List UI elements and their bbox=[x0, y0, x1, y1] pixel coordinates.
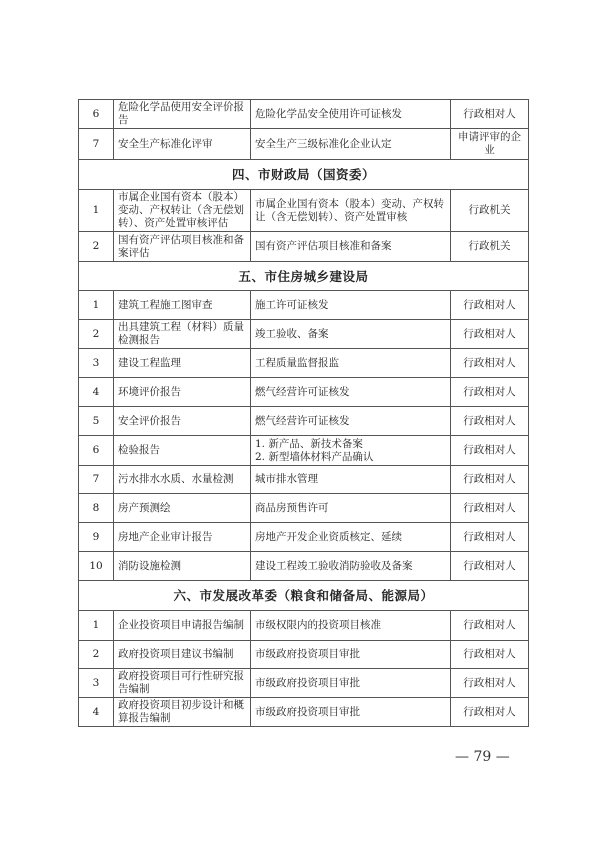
service-item: 政府投资项目初步设计和概算报告编制 bbox=[114, 698, 251, 727]
approval-matter: 市级政府投资项目审批 bbox=[251, 669, 451, 698]
approval-matter: 危险化学品安全使用许可证核发 bbox=[251, 100, 451, 129]
table-row: 1企业投资项目申请报告编制市级权限内的投资项目核准行政相对人 bbox=[79, 611, 529, 641]
service-item: 企业投资项目申请报告编制 bbox=[114, 611, 251, 641]
service-target: 行政相对人 bbox=[451, 100, 529, 129]
service-item: 房产预测绘 bbox=[114, 494, 251, 523]
service-target: 行政相对人 bbox=[451, 320, 529, 349]
service-target: 申请评审的企业 bbox=[451, 129, 529, 160]
section-header-row: 五、市住房城乡建设局 bbox=[79, 262, 529, 291]
service-item: 消防设施检测 bbox=[114, 552, 251, 581]
row-number: 4 bbox=[79, 378, 114, 407]
service-item: 污水排水水质、水量检测 bbox=[114, 466, 251, 494]
service-target: 行政相对人 bbox=[451, 698, 529, 727]
approval-matter: 竣工验收、备案 bbox=[251, 320, 451, 349]
table-row: 3政府投资项目可行性研究报告编制市级政府投资项目审批行政相对人 bbox=[79, 669, 529, 698]
approval-matter: 建设工程竣工验收消防验收及备案 bbox=[251, 552, 451, 581]
approval-matter: 市级政府投资项目审批 bbox=[251, 641, 451, 669]
row-number: 2 bbox=[79, 641, 114, 669]
service-target: 行政相对人 bbox=[451, 466, 529, 494]
approval-matter: 1. 新产品、新技术备案 2. 新型墙体材料产品确认 bbox=[251, 436, 451, 466]
row-number: 10 bbox=[79, 552, 114, 581]
table-row: 6危险化学品使用安全评价报告危险化学品安全使用许可证核发行政相对人 bbox=[79, 100, 529, 129]
service-target: 行政相对人 bbox=[451, 552, 529, 581]
service-target: 行政相对人 bbox=[451, 291, 529, 320]
service-target: 行政相对人 bbox=[451, 611, 529, 641]
service-target: 行政相对人 bbox=[451, 407, 529, 436]
row-number: 1 bbox=[79, 190, 114, 232]
table-row: 9房地产企业审计报告房地产开发企业资质核定、延续行政相对人 bbox=[79, 523, 529, 552]
service-item: 国有资产评估项目核准和备案评估 bbox=[114, 232, 251, 262]
row-number: 6 bbox=[79, 436, 114, 466]
row-number: 4 bbox=[79, 698, 114, 727]
approval-matter: 工程质量监督报监 bbox=[251, 349, 451, 378]
service-item: 危险化学品使用安全评价报告 bbox=[114, 100, 251, 129]
service-item: 安全评价报告 bbox=[114, 407, 251, 436]
section-title: 四、市财政局（国资委） bbox=[79, 160, 529, 190]
row-number: 3 bbox=[79, 349, 114, 378]
service-target: 行政相对人 bbox=[451, 641, 529, 669]
service-item: 出具建筑工程（材料）质量检测报告 bbox=[114, 320, 251, 349]
service-target: 行政相对人 bbox=[451, 436, 529, 466]
row-number: 9 bbox=[79, 523, 114, 552]
table-row: 10消防设施检测建设工程竣工验收消防验收及备案行政相对人 bbox=[79, 552, 529, 581]
row-number: 8 bbox=[79, 494, 114, 523]
service-target: 行政相对人 bbox=[451, 378, 529, 407]
table-row: 4政府投资项目初步设计和概算报告编制市级政府投资项目审批行政相对人 bbox=[79, 698, 529, 727]
row-number: 5 bbox=[79, 407, 114, 436]
service-target: 行政相对人 bbox=[451, 523, 529, 552]
approval-matter: 安全生产三级标准化企业认定 bbox=[251, 129, 451, 160]
row-number: 1 bbox=[79, 291, 114, 320]
service-item: 建设工程监理 bbox=[114, 349, 251, 378]
service-target: 行政机关 bbox=[451, 190, 529, 232]
service-target: 行政相对人 bbox=[451, 494, 529, 523]
approval-matter: 市级权限内的投资项目核准 bbox=[251, 611, 451, 641]
service-target: 行政相对人 bbox=[451, 349, 529, 378]
section-header-row: 六、市发展改革委（粮食和储备局、能源局） bbox=[79, 581, 529, 611]
table-row: 3建设工程监理工程质量监督报监行政相对人 bbox=[79, 349, 529, 378]
service-item: 建筑工程施工图审查 bbox=[114, 291, 251, 320]
approval-matter: 施工许可证核发 bbox=[251, 291, 451, 320]
table-row: 6检验报告1. 新产品、新技术备案 2. 新型墙体材料产品确认行政相对人 bbox=[79, 436, 529, 466]
row-number: 3 bbox=[79, 669, 114, 698]
table-row: 4环境评价报告燃气经营许可证核发行政相对人 bbox=[79, 378, 529, 407]
table-row: 1市属企业国有资本（股本）变动、产权转让（含无偿划转）、资产处置审核评估市属企业… bbox=[79, 190, 529, 232]
row-number: 1 bbox=[79, 611, 114, 641]
section-title: 六、市发展改革委（粮食和储备局、能源局） bbox=[79, 581, 529, 611]
table-row: 8房产预测绘商品房预售许可行政相对人 bbox=[79, 494, 529, 523]
approval-matter: 城市排水管理 bbox=[251, 466, 451, 494]
row-number: 2 bbox=[79, 232, 114, 262]
table-row: 5安全评价报告燃气经营许可证核发行政相对人 bbox=[79, 407, 529, 436]
row-number: 2 bbox=[79, 320, 114, 349]
service-item: 环境评价报告 bbox=[114, 378, 251, 407]
table-row: 7安全生产标准化评审安全生产三级标准化企业认定申请评审的企业 bbox=[79, 129, 529, 160]
table-row: 2出具建筑工程（材料）质量检测报告竣工验收、备案行政相对人 bbox=[79, 320, 529, 349]
table-row: 1建筑工程施工图审查施工许可证核发行政相对人 bbox=[79, 291, 529, 320]
row-number: 7 bbox=[79, 466, 114, 494]
section-title: 五、市住房城乡建设局 bbox=[79, 262, 529, 291]
service-target: 行政机关 bbox=[451, 232, 529, 262]
service-item: 政府投资项目可行性研究报告编制 bbox=[114, 669, 251, 698]
services-table-body: 6危险化学品使用安全评价报告危险化学品安全使用许可证核发行政相对人7安全生产标准… bbox=[79, 100, 529, 727]
service-item: 检验报告 bbox=[114, 436, 251, 466]
row-number: 7 bbox=[79, 129, 114, 160]
approval-matter: 房地产开发企业资质核定、延续 bbox=[251, 523, 451, 552]
approval-matter: 燃气经营许可证核发 bbox=[251, 378, 451, 407]
approval-matter: 燃气经营许可证核发 bbox=[251, 407, 451, 436]
service-item: 市属企业国有资本（股本）变动、产权转让（含无偿划转）、资产处置审核评估 bbox=[114, 190, 251, 232]
service-target: 行政相对人 bbox=[451, 669, 529, 698]
table-row: 2政府投资项目建议书编制市级政府投资项目审批行政相对人 bbox=[79, 641, 529, 669]
page-number: — 79 — bbox=[455, 749, 510, 765]
row-number: 6 bbox=[79, 100, 114, 129]
service-item: 安全生产标准化评审 bbox=[114, 129, 251, 160]
approval-matter: 市级政府投资项目审批 bbox=[251, 698, 451, 727]
services-table: 6危险化学品使用安全评价报告危险化学品安全使用许可证核发行政相对人7安全生产标准… bbox=[78, 99, 529, 727]
table-row: 7污水排水水质、水量检测城市排水管理行政相对人 bbox=[79, 466, 529, 494]
approval-matter: 商品房预售许可 bbox=[251, 494, 451, 523]
approval-matter: 市属企业国有资本（股本）变动、产权转让（含无偿划转）、资产处置审核 bbox=[251, 190, 451, 232]
service-item: 房地产企业审计报告 bbox=[114, 523, 251, 552]
section-header-row: 四、市财政局（国资委） bbox=[79, 160, 529, 190]
approval-matter: 国有资产评估项目核准和备案 bbox=[251, 232, 451, 262]
service-item: 政府投资项目建议书编制 bbox=[114, 641, 251, 669]
table-row: 2国有资产评估项目核准和备案评估国有资产评估项目核准和备案行政机关 bbox=[79, 232, 529, 262]
